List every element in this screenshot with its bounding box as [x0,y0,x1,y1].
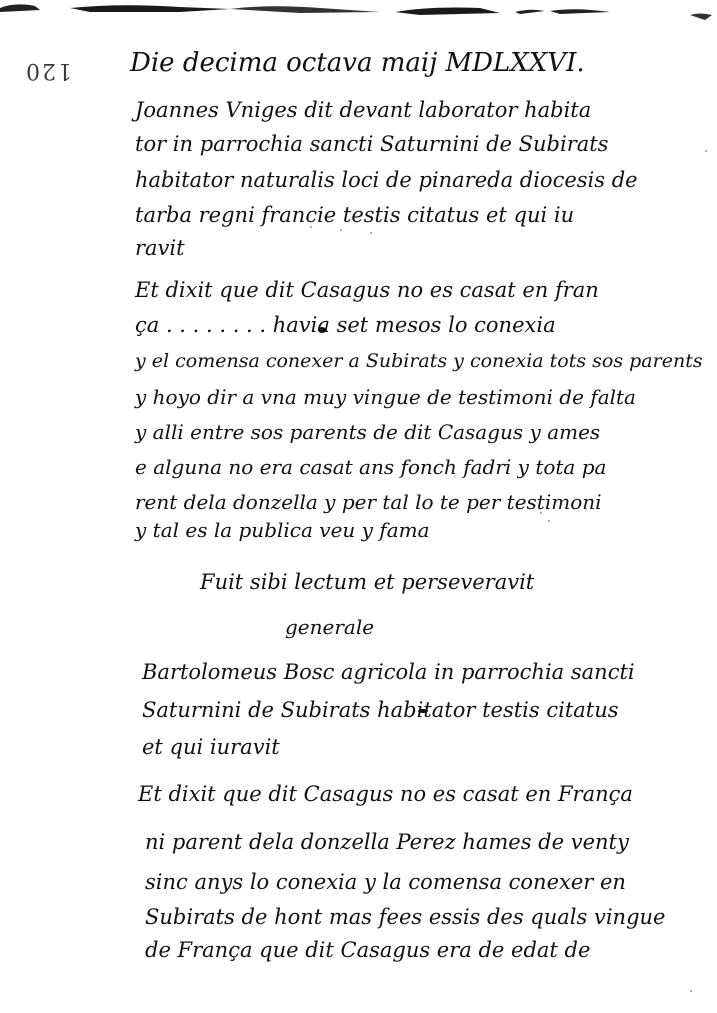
text-line: ravit [135,236,185,260]
scan-speck [585,508,587,510]
ink-blot [318,327,326,333]
text-line: tarba regni francie testis citatus et qu… [135,203,574,227]
text-line: ça . . . . . . . . havia set mesos lo co… [135,313,556,337]
scan-speck [690,990,692,992]
text-line: Et dixit que dit Casagus no es casat en … [135,278,599,302]
text-line: Joannes Vniges dit devant laborator habi… [135,98,591,122]
section-label-generale: generale [285,615,374,639]
torn-top-edge [0,0,717,22]
text-line: Et dixit que dit Casagus no es casat en … [138,782,633,806]
text-line: y hoyo dir a vna muy vingue de testimoni… [135,385,636,409]
reading-confirmation: Fuit sibi lectum et perseveravit [200,570,534,594]
text-line: Subirats de hont mas fees essis des qual… [145,905,665,929]
scan-speck [370,232,372,234]
text-line: Bartolomeus Bosc agricola in parrochia s… [142,660,635,684]
text-line: habitator naturalis loci de pinareda dio… [135,168,638,192]
text-line: e alguna no era casat ans fonch fadri y … [135,455,606,479]
text-line: Saturnini de Subirats habitator testis c… [142,698,619,722]
scan-speck [340,229,342,231]
folio-number: 120 [24,58,72,83]
text-line: et qui iuravit [142,735,280,759]
text-line: y alli entre sos parents de dit Casagus … [135,420,600,444]
text-line: rent dela donzella y per tal lo te per t… [135,490,602,514]
manuscript-page: 120 Die decima octava maij MDLXXVI. Joan… [0,0,717,1013]
scan-speck [705,150,707,152]
text-line: de França que dit Casagus era de edat de [145,938,590,962]
text-line: sinc anys lo conexia y la comensa conexe… [145,870,626,894]
heading-date: Die decima octava maij MDLXXVI. [130,48,585,78]
text-line: y el comensa conexer a Subirats y conexi… [135,350,703,372]
ink-blot [418,709,428,713]
text-line: ni parent dela donzella Perez hames de v… [145,830,629,854]
text-line: y tal es la publica veu y fama [135,518,430,542]
scan-speck [310,226,312,228]
scan-speck [548,520,550,522]
scan-speck [540,512,542,514]
text-line: tor in parrochia sancti Saturnini de Sub… [135,132,608,156]
